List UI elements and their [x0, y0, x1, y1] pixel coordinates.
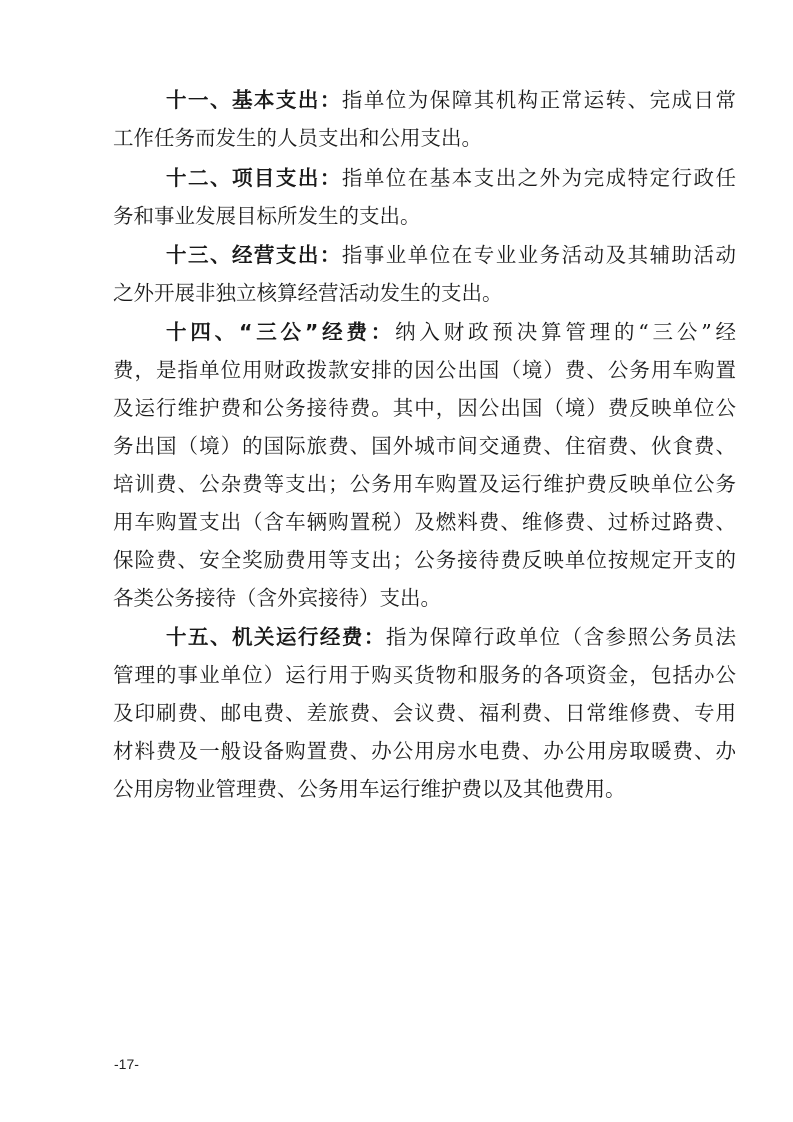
paragraph-item-15-line-5: 公用房物业管理费、公务用车运行维护费以及其他费用。 [113, 774, 736, 804]
paragraph-item-13-line-1: 十三、经营支出：指事业单位在专业业务活动及其辅助活动 [166, 240, 736, 270]
body-text: 及印刷费、邮电费、差旅费、会议费、福利费、日常维修费、专用 [113, 701, 736, 725]
paragraph-item-12-line-2: 务和事业发展目标所发生的支出。 [113, 201, 736, 231]
body-text: 费，是指单位用财政拨款安排的因公出国（境）费、公务用车购置 [113, 358, 736, 382]
paragraph-item-14-line-1: 十四、“三公”经费：纳入财政预决算管理的“三公”经 [166, 317, 736, 347]
body-text: 务出国（境）的国际旅费、国外城市间交通费、住宿费、伙食费、 [113, 434, 736, 458]
heading-item-14: 十四、“三公”经费： [166, 320, 395, 344]
body-text: 指为保障行政单位（含参照公务员法 [386, 625, 736, 649]
body-text: 培训费、公杂费等支出；公务用车购置及运行维护费反映单位公务 [113, 472, 736, 496]
paragraph-item-14-line-7: 保险费、安全奖励费用等支出；公务接待费反映单位按规定开支的 [113, 545, 736, 575]
body-text: 保险费、安全奖励费用等支出；公务接待费反映单位按规定开支的 [113, 548, 736, 572]
paragraph-item-12-line-1: 十二、项目支出：指单位在基本支出之外为完成特定行政任 [166, 163, 736, 193]
body-text: 及运行维护费和公务接待费。其中，因公出国（境）费反映单位公 [113, 396, 736, 420]
paragraph-item-15-line-3: 及印刷费、邮电费、差旅费、会议费、福利费、日常维修费、专用 [113, 698, 736, 728]
paragraph-item-14-line-2: 费，是指单位用财政拨款安排的因公出国（境）费、公务用车购置 [113, 355, 736, 385]
body-text: 公用房物业管理费、公务用车运行维护费以及其他费用。 [113, 777, 626, 801]
body-text: 各类公务接待（含外宾接待）支出。 [113, 586, 441, 610]
body-text: 工作任务而发生的人员支出和公用支出。 [113, 126, 482, 150]
paragraph-item-14-line-4: 务出国（境）的国际旅费、国外城市间交通费、住宿费、伙食费、 [113, 431, 736, 461]
paragraph-item-15-line-4: 材料费及一般设备购置费、办公用房水电费、办公用房取暖费、办 [113, 736, 736, 766]
body-text: 用车购置支出（含车辆购置税）及燃料费、维修费、过桥过路费、 [113, 510, 736, 534]
paragraph-item-14-line-8: 各类公务接待（含外宾接待）支出。 [113, 583, 736, 613]
body-text: 指单位在基本支出之外为完成特定行政任 [342, 166, 736, 190]
paragraph-item-14-line-5: 培训费、公杂费等支出；公务用车购置及运行维护费反映单位公务 [113, 469, 736, 499]
body-text: 指单位为保障其机构正常运转、完成日常 [342, 88, 736, 112]
paragraph-item-11-line-1: 十一、基本支出：指单位为保障其机构正常运转、完成日常 [166, 85, 736, 115]
page-number: -17- [114, 1056, 139, 1072]
document-page: 十一、基本支出：指单位为保障其机构正常运转、完成日常 工作任务而发生的人员支出和… [0, 0, 793, 1122]
paragraph-item-15-line-1: 十五、机关运行经费：指为保障行政单位（含参照公务员法 [166, 622, 736, 652]
heading-item-15: 十五、机关运行经费： [166, 625, 386, 649]
body-text: 材料费及一般设备购置费、办公用房水电费、办公用房取暖费、办 [113, 739, 736, 763]
body-text: 指事业单位在专业业务活动及其辅助活动 [342, 243, 736, 267]
paragraph-item-13-line-2: 之外开展非独立核算经营活动发生的支出。 [113, 278, 736, 308]
paragraph-item-15-line-2: 管理的事业单位）运行用于购买货物和服务的各项资金，包括办公 [113, 660, 736, 690]
paragraph-item-11-line-2: 工作任务而发生的人员支出和公用支出。 [113, 123, 736, 153]
heading-item-12: 十二、项目支出： [166, 166, 342, 190]
heading-item-11: 十一、基本支出： [166, 88, 342, 112]
body-text: 管理的事业单位）运行用于购买货物和服务的各项资金，包括办公 [113, 663, 736, 687]
paragraph-item-14-line-6: 用车购置支出（含车辆购置税）及燃料费、维修费、过桥过路费、 [113, 507, 736, 537]
heading-item-13: 十三、经营支出： [166, 243, 342, 267]
paragraph-item-14-line-3: 及运行维护费和公务接待费。其中，因公出国（境）费反映单位公 [113, 393, 736, 423]
body-text: 纳入财政预决算管理的“三公”经 [395, 320, 736, 344]
body-text: 之外开展非独立核算经营活动发生的支出。 [113, 281, 503, 305]
body-text: 务和事业发展目标所发生的支出。 [113, 204, 421, 228]
